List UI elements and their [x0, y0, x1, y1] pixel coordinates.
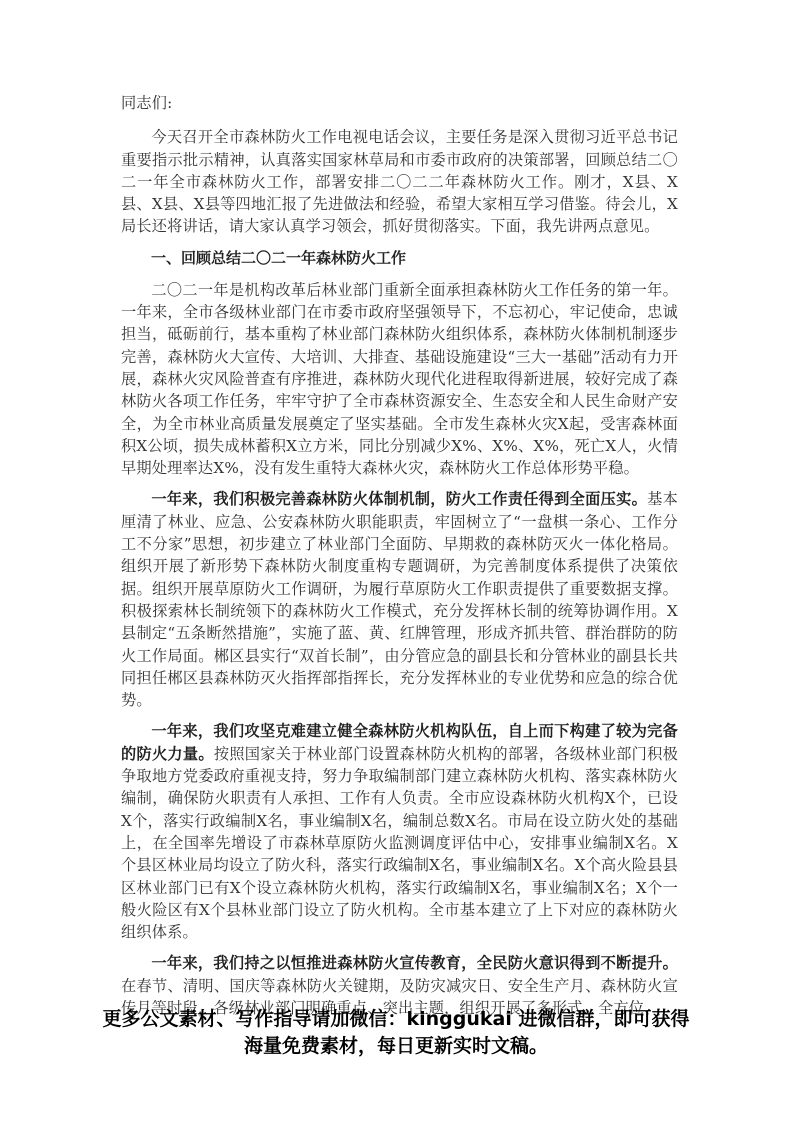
paragraph-text: 二〇二一年是机构改革后林业部门重新全面承担森林防火工作任务的第一年。一年来，全市…	[121, 281, 678, 477]
promo-footer: 更多公文素材、写作指导请加微信：kinggukai 进微信群，即可获得 海量免费…	[96, 1006, 696, 1060]
promo-line-1: 更多公文素材、写作指导请加微信：kinggukai 进微信群，即可获得	[96, 1006, 696, 1033]
document-body: 同志们: 今天召开全市森林防火工作电视电话会议，主要任务是深入贯彻习近平总书记重…	[121, 92, 678, 1028]
section-heading-1: 一、回顾总结二〇二一年森林防火工作	[121, 247, 678, 269]
paragraph-lead: 一年来，我们持之以恒推进森林防火宣传教育，全民防火意识得到不断提升。	[151, 954, 678, 972]
paragraph-text: 按照国家关于林业部门设置森林防火机构的部署，各级林业部门积极争取地方党委政府重视…	[121, 745, 678, 941]
greeting: 同志们:	[121, 92, 678, 114]
paragraph-3: 一年来，我们攻坚克难建立健全森林防火机构队伍，自上而下构建了较为完备的防火力量。…	[121, 720, 678, 943]
paragraph-2: 一年来，我们积极完善森林防火体制机制，防火工作责任得到全面压实。基本厘清了林业、…	[121, 488, 678, 711]
paragraph-lead: 一年来，我们积极完善森林防火体制机制，防火工作责任得到全面压实。	[151, 490, 647, 508]
paragraph-text: 基本厘清了林业、应急、公安森林防火职能职责，牢固树立了“一盘棋一条心、工作分工不…	[121, 490, 678, 709]
intro-paragraph: 今天召开全市森林防火工作电视电话会议，主要任务是深入贯彻习近平总书记重要指示批示…	[121, 126, 678, 237]
promo-line-2: 海量免费素材，每日更新实时文稿。	[96, 1033, 696, 1060]
paragraph-1: 二〇二一年是机构改革后林业部门重新全面承担森林防火工作任务的第一年。一年来，全市…	[121, 279, 678, 480]
